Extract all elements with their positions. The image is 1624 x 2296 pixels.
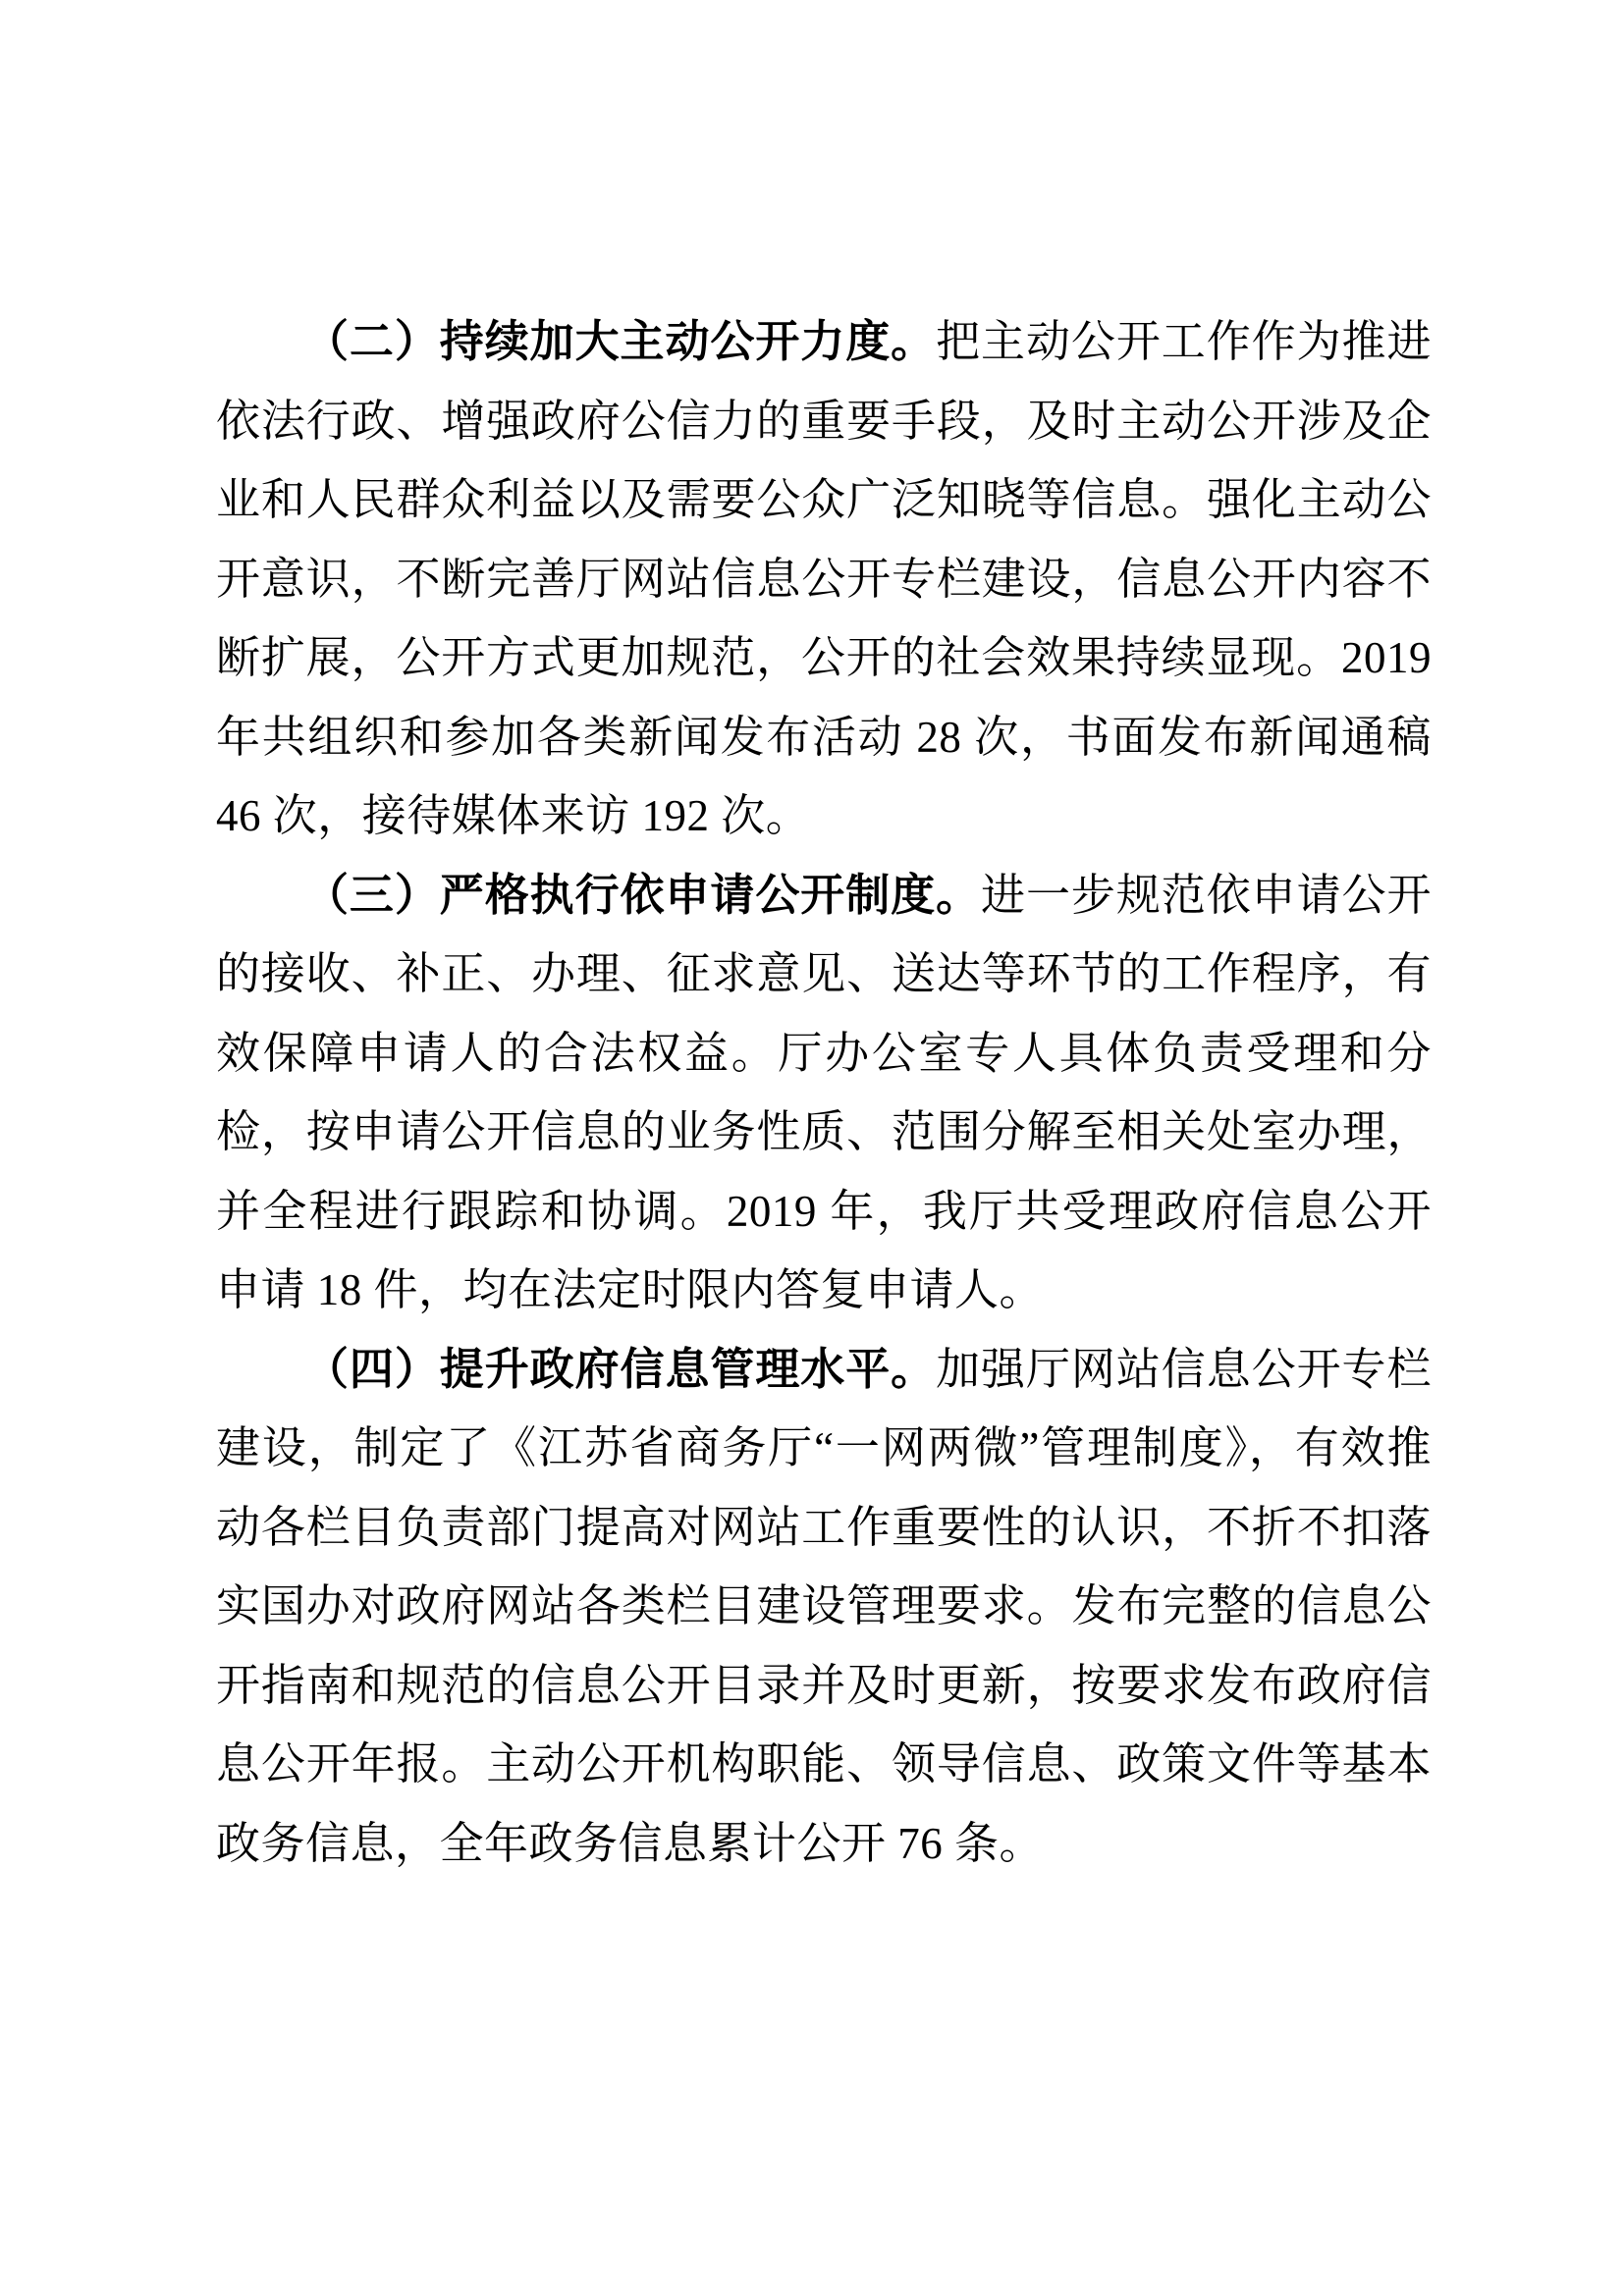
text-block: （二）持续加大主动公开力度。把主动公开工作作为推进依法行政、增强政府公信力的重要… (216, 302, 1432, 1883)
paragraph-3: （三）严格执行依申请公开制度。进一步规范依申请公开的接收、补正、办理、征求意见、… (216, 856, 1432, 1330)
paragraph-2-body: 把主动公开工作作为推进依法行政、增强政府公信力的重要手段，及时主动公开涉及企业和… (216, 317, 1432, 840)
paragraph-3-body: 进一步规范依申请公开的接收、补正、办理、征求意见、送达等环节的工作程序，有效保障… (216, 871, 1432, 1315)
paragraph-3-heading: （三）严格执行依申请公开制度。 (304, 871, 981, 920)
paragraph-2-heading: （二）持续加大主动公开力度。 (304, 317, 936, 366)
paragraph-2: （二）持续加大主动公开力度。把主动公开工作作为推进依法行政、增强政府公信力的重要… (216, 302, 1432, 856)
paragraph-4-body: 加强厅网站信息公开专栏建设，制定了《江苏省商务厅“一网两微”管理制度》，有效推动… (216, 1345, 1432, 1868)
paragraph-4: （四）提升政府信息管理水平。加强厅网站信息公开专栏建设，制定了《江苏省商务厅“一… (216, 1330, 1432, 1884)
document-page: （二）持续加大主动公开力度。把主动公开工作作为推进依法行政、增强政府公信力的重要… (0, 0, 1624, 2296)
paragraph-4-heading: （四）提升政府信息管理水平。 (304, 1345, 936, 1394)
